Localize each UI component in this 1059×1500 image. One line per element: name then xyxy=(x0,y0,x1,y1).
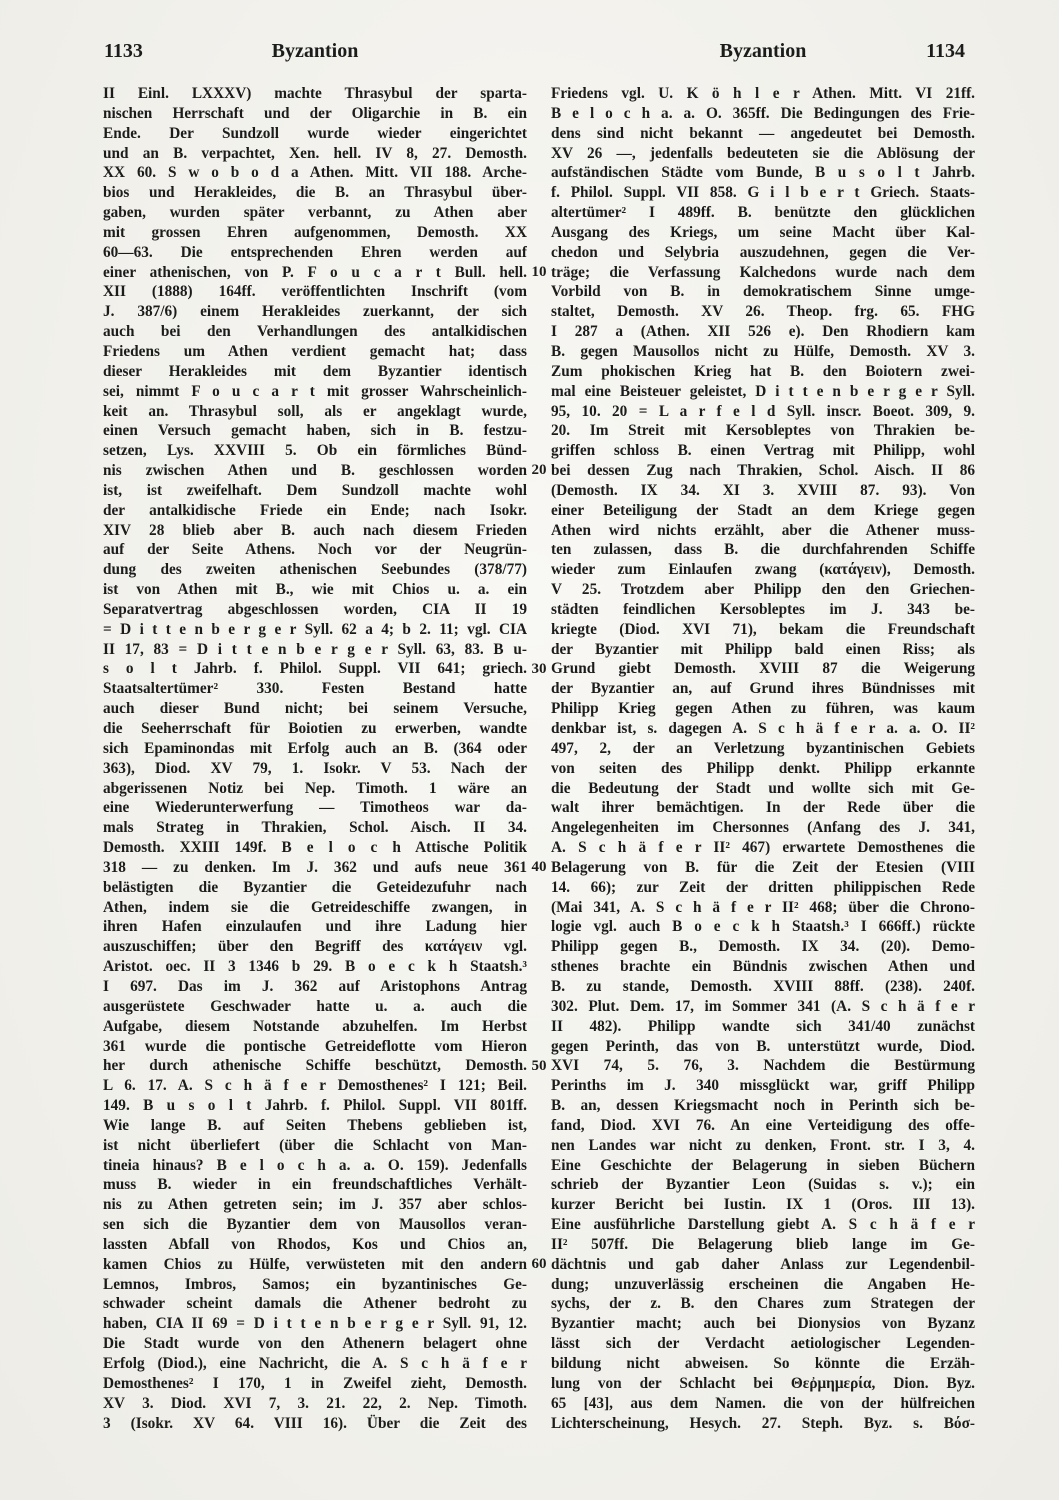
text-line: wieder zum Einlaufen zwang (κατάγειν), D… xyxy=(551,560,975,580)
text-line: mals Strateg in Thrakien, Schol. Aisch. … xyxy=(103,818,527,838)
text-line: fand, Diod. XVI 76. An eine Verteidigung… xyxy=(551,1116,975,1136)
text-line: Angelegenheiten im Chersonnes (Anfang de… xyxy=(551,818,975,838)
text-line: muss B. wieder in ein freundschaftliches… xyxy=(103,1175,527,1195)
text-line: Demosth. XXIII 149f. B e l o c h Attisch… xyxy=(103,838,527,858)
text-line: nen Landes war nicht zu denken, Front. s… xyxy=(551,1136,975,1156)
text-line: kriegte (Diod. XVI 71), bekam die Freund… xyxy=(551,620,975,640)
left-column-title: Byzantion xyxy=(103,40,527,63)
text-line: Perinths im J. 340 missglückt war, griff… xyxy=(551,1076,975,1096)
text-line: und an B. verpachtet, Xen. hell. IV 8, 2… xyxy=(103,144,527,164)
text-line: II 482). Philipp wandte sich 341/40 zunä… xyxy=(551,1017,975,1037)
text-line: (Demosth. IX 34. XI 3. XVIII 87. 93). Vo… xyxy=(551,481,975,501)
text-line: f. Philol. Suppl. VII 858. G i l b e r t… xyxy=(551,183,975,203)
text-line: walt ihrer bemächtigen. In der Rede über… xyxy=(551,798,975,818)
text-line: auszuschiffen; über den Begriff des κατά… xyxy=(103,937,527,957)
text-line: XII (1888) 164ff. veröffentlichten Insch… xyxy=(103,282,527,302)
text-line: lassten Abfall von Rhodos, Kos und Chios… xyxy=(103,1235,527,1255)
text-line: B. an, dessen Kriegsmacht noch in Perint… xyxy=(551,1096,975,1116)
text-line: Grund giebt Demosth. XVIII 87 die Weiger… xyxy=(551,659,975,679)
text-line: Lichterscheinung, Hesych. 27. Steph. Byz… xyxy=(551,1414,975,1434)
text-line: 149. B u s o l t Jahrb. f. Philol. Suppl… xyxy=(103,1096,527,1116)
text-line: ausgerüstete Geschwader hatte u. a. auch… xyxy=(103,997,527,1017)
text-line: XV 26 —, jedenfalls bedeuteten sie die A… xyxy=(551,144,975,164)
text-line: kamen Chios zu Hülfe, verwüsteten mit de… xyxy=(103,1255,527,1275)
text-line: B e l o c h a. a. O. 365ff. Die Bedingun… xyxy=(551,104,975,124)
text-line: träge; die Verfassung Kalchedons wurde n… xyxy=(551,263,975,283)
text-line: sen sich die Byzantier dem von Mausollos… xyxy=(103,1215,527,1235)
text-line: XX 60. S w o b o d a Athen. Mitt. VII 18… xyxy=(103,163,527,183)
text-line: Vorbild von B. in demokratischem Sinne u… xyxy=(551,282,975,302)
text-line: nis zu Athen getreten sein; im J. 357 ab… xyxy=(103,1195,527,1215)
text-line: tineia hinaus? B e l o c h a. a. O. 159)… xyxy=(103,1156,527,1176)
text-line: II Einl. LXXXV) machte Thrasybul der spa… xyxy=(103,84,527,104)
text-line: griffen schloss B. einen Vertrag mit Phi… xyxy=(551,441,975,461)
text-line: städten feindlichen Kersobleptes im J. 3… xyxy=(551,600,975,620)
text-line: sychs, der z. B. den Chares zum Stratege… xyxy=(551,1294,975,1314)
text-line: 302. Plut. Dem. 17, im Sommer 341 (A. S … xyxy=(551,997,975,1017)
text-line: auch bei den Verhandlungen des antalkidi… xyxy=(103,322,527,342)
text-line: Wie lange B. auf Seiten Thebens gebliebe… xyxy=(103,1116,527,1136)
text-line: abgerissenen Notiz bei Nep. Timoth. 1 wä… xyxy=(103,779,527,799)
text-line: Die Stadt wurde von den Athenern belager… xyxy=(103,1334,527,1354)
text-line: dens sind nicht bekannt — angedeutet bei… xyxy=(551,124,975,144)
gutter-line-number: 40 xyxy=(527,858,551,878)
text-line: Zum phokischen Krieg hat B. den Boiotern… xyxy=(551,362,975,382)
text-line: 95, 10. 20 = L a r f e l d Syll. inscr. … xyxy=(551,402,975,422)
text-line: chedon und Selybria auszudehnen, gegen d… xyxy=(551,243,975,263)
text-line: bildung nicht abweisen. So könnte die Er… xyxy=(551,1354,975,1374)
text-line: XV 3. Diod. XVI 7, 3. 21. 22, 2. Nep. Ti… xyxy=(103,1394,527,1414)
text-line: auf der Seite Athens. Noch vor der Neugr… xyxy=(103,540,527,560)
gutter-line-numbers: 102030405060 xyxy=(527,84,551,1444)
text-line: Erfolg (Diod.), eine Nachricht, die A. S… xyxy=(103,1354,527,1374)
text-line: 497, 2, der an Verletzung byzantinischen… xyxy=(551,739,975,759)
text-line: Staatsaltertümer² 330. Festen Bestand ha… xyxy=(103,679,527,699)
text-line: gaben, wurden später verbannt, zu Athen … xyxy=(103,203,527,223)
text-line: schwader scheint damals die Athener bedr… xyxy=(103,1294,527,1314)
text-line: belästigten die Byzantier die Geteidezuf… xyxy=(103,878,527,898)
text-line: 361 wurde die pontische Getreideflotte v… xyxy=(103,1037,527,1057)
text-line: dung; unzuverlässig erscheinen die Angab… xyxy=(551,1275,975,1295)
text-line: ten zulassen, dass B. die durchfahrenden… xyxy=(551,540,975,560)
text-line: II 17, 83 = D i t t e n b e r g e r Syll… xyxy=(103,640,527,660)
text-line: 65 [43], aus dem Namen. die von der hülf… xyxy=(551,1394,975,1414)
text-line: 60—63. Die entsprechenden Ehren werden a… xyxy=(103,243,527,263)
text-line: lung von der Schlacht bei Θεῤμημερία, Di… xyxy=(551,1374,975,1394)
text-line: B. gegen Mausollos nicht zu Hülfe, Demos… xyxy=(551,342,975,362)
text-line: denkbar ist, s. dagegen A. S c h ä f e r… xyxy=(551,719,975,739)
text-line: der antalkidische Friede ein Ende; nach … xyxy=(103,501,527,521)
text-line: 20. Im Streit mit Kersobleptes von Thrak… xyxy=(551,421,975,441)
text-line: Separatvertrag abgeschlossen worden, CIA… xyxy=(103,600,527,620)
text-line: A. S c h ä f e r II² 467) erwartete Demo… xyxy=(551,838,975,858)
right-column: Friedens vgl. U. K ö h l e r Athen. Mitt… xyxy=(551,84,975,1444)
text-line: Lemnos, Imbros, Samos; ein byzantinische… xyxy=(103,1275,527,1295)
text-line: 363), Diod. XV 79, 1. Isokr. V 53. Nach … xyxy=(103,759,527,779)
text-line: 3 (Isokr. XV 64. VIII 16). Über die Zeit… xyxy=(103,1414,527,1434)
text-line: lässt sich der Verdacht aetiologischer L… xyxy=(551,1334,975,1354)
text-line: gegen Perinth, das von B. unterstützt wu… xyxy=(551,1037,975,1057)
text-line: sei, nimmt F o u c a r t mit grosser Wah… xyxy=(103,382,527,402)
text-line: (Mai 341, A. S c h ä f e r II² 468; über… xyxy=(551,898,975,918)
text-line: V 25. Trotzdem aber Philipp den den Grie… xyxy=(551,580,975,600)
text-line: altertümer² I 489ff. B. benützte den glü… xyxy=(551,203,975,223)
text-line: die Bedeutung der Stadt und wollte sich … xyxy=(551,779,975,799)
text-line: Philipp gegen B., Demosth. IX 34. (20). … xyxy=(551,937,975,957)
text-line: sich Epaminondas mit Erfolg auch an B. (… xyxy=(103,739,527,759)
text-line: logie vgl. auch B o e c k h Staatsh.³ I … xyxy=(551,917,975,937)
gutter-line-number: 30 xyxy=(527,660,551,680)
text-line: schrieb der Byzantier Leon (Suidas s. v.… xyxy=(551,1175,975,1195)
text-line: dung des zweiten athenischen Seebundes (… xyxy=(103,560,527,580)
text-line: s o l t Jahrb. f. Philol. Suppl. VII 641… xyxy=(103,659,527,679)
text-line: nischen Herrschaft und der Oligarchie in… xyxy=(103,104,527,124)
text-line: der Byzantier an, auf Grund ihres Bündni… xyxy=(551,679,975,699)
text-line: einer athenischen, von P. F o u c a r t … xyxy=(103,263,527,283)
text-line: staltet, Demosth. XV 26. Theop. frg. 65.… xyxy=(551,302,975,322)
text-line: einen Versuch gemacht haben, sich in B. … xyxy=(103,421,527,441)
text-line: ist nicht überliefert (über die Schlacht… xyxy=(103,1136,527,1156)
text-line: auch dieser Bund nicht; bei seinem Versu… xyxy=(103,699,527,719)
text-line: Byzantier macht; auch bei Dionysios von … xyxy=(551,1314,975,1334)
text-line: XIV 28 blieb aber B. auch nach diesem Fr… xyxy=(103,521,527,541)
text-line: I 697. Das im J. 362 auf Aristophons Ant… xyxy=(103,977,527,997)
text-line: B. zu stande, Demosth. XVIII 88ff. (238)… xyxy=(551,977,975,997)
right-column-number: 1134 xyxy=(551,40,975,63)
text-line: bios und Herakleides, die B. an Thrasybu… xyxy=(103,183,527,203)
gutter-line-number: 60 xyxy=(527,1255,551,1275)
text-line: J. 387/6) einem Herakleides zuerkannt, d… xyxy=(103,302,527,322)
gutter-line-number: 20 xyxy=(527,461,551,481)
text-line: Eine ausführliche Darstellung giebt A. S… xyxy=(551,1215,975,1235)
text-line: Belagerung von B. für die Zeit der Etesi… xyxy=(551,858,975,878)
text-line: setzen, Lys. XXVIII 5. Ob ein förmliches… xyxy=(103,441,527,461)
text-columns: II Einl. LXXXV) machte Thrasybul der spa… xyxy=(103,84,975,1444)
text-line: dächtnis und gab daher Anlass zur Legend… xyxy=(551,1255,975,1275)
text-line: Ausgang des Kriegs, um seine Macht über … xyxy=(551,223,975,243)
text-line: XVI 74, 5. 76, 3. Nachdem die Bestürmung xyxy=(551,1056,975,1076)
text-line: II² 507ff. Die Belagerung blieb lange im… xyxy=(551,1235,975,1255)
text-line: Aristot. oec. II 3 1346 b 29. B o e c k … xyxy=(103,957,527,977)
text-line: ist von Athen mit B., wie mit Chios u. a… xyxy=(103,580,527,600)
text-line: L 6. 17. A. S c h ä f e r Demosthenes² I… xyxy=(103,1076,527,1096)
text-line: nis zwischen Athen und B. geschlossen wo… xyxy=(103,461,527,481)
text-line: I 287 a (Athen. XII 526 e). Den Rhodiern… xyxy=(551,322,975,342)
text-line: die Seeherrschaft für Boiotien zu erwerb… xyxy=(103,719,527,739)
gutter-line-number: 50 xyxy=(527,1057,551,1077)
text-line: Demosthenes² I 170, 1 in Zweifel zieht, … xyxy=(103,1374,527,1394)
text-line: 14. 66); zur Zeit der dritten philippisc… xyxy=(551,878,975,898)
text-line: keit an. Thrasybul soll, als er angeklag… xyxy=(103,402,527,422)
text-line: ist, ist zweifelhaft. Dem Sundzoll macht… xyxy=(103,481,527,501)
page-header: 1133 Byzantion Byzantion 1134 xyxy=(0,40,1059,68)
text-line: Friedens um Athen verdient gemacht hat; … xyxy=(103,342,527,362)
text-line: her durch athenische Schiffe beschützt, … xyxy=(103,1056,527,1076)
text-line: Athen wird nichts erzählt, aber die Athe… xyxy=(551,521,975,541)
text-line: dieser Herakleides mit dem Byzantier ide… xyxy=(103,362,527,382)
text-line: der Byzantier mit Philipp bald einen Ris… xyxy=(551,640,975,660)
text-line: ihren Hafen einzulaufen und ihre Ladung … xyxy=(103,917,527,937)
text-line: sthenes brachte ein Bündnis zwischen Ath… xyxy=(551,957,975,977)
text-line: kurzer Bericht bei Iustin. IX 1 (Oros. I… xyxy=(551,1195,975,1215)
text-line: Philipp Krieg gegen Athen zu führen, was… xyxy=(551,699,975,719)
text-line: 318 — zu denken. Im J. 362 und aufs neue… xyxy=(103,858,527,878)
left-column: II Einl. LXXXV) machte Thrasybul der spa… xyxy=(103,84,527,1444)
text-line: mal eine Beisteuer geleistet, D i t t e … xyxy=(551,382,975,402)
text-line: mit grossen Ehren aufgenommen, Demosth. … xyxy=(103,223,527,243)
text-line: aufständischen Städte vom Bunde, B u s o… xyxy=(551,163,975,183)
text-line: haben, CIA II 69 = D i t t e n b e r g e… xyxy=(103,1314,527,1334)
text-line: Aufgabe, diesem Notstande abzuhelfen. Im… xyxy=(103,1017,527,1037)
text-line: Athen, indem sie die Getreideschiffe zwa… xyxy=(103,898,527,918)
text-line: einer Beteiligung der Stadt an dem Krieg… xyxy=(551,501,975,521)
text-line: Ende. Der Sundzoll wurde wieder eingeric… xyxy=(103,124,527,144)
text-line: eine Wiederunterwerfung — Timotheos war … xyxy=(103,798,527,818)
text-line: bei dessen Zug nach Thrakien, Schol. Ais… xyxy=(551,461,975,481)
gutter-line-number: 10 xyxy=(527,263,551,283)
text-line: von seiten des Philipp denkt. Philipp er… xyxy=(551,759,975,779)
text-line: = D i t t e n b e r g e r Syll. 62 a 4; … xyxy=(103,620,527,640)
text-line: Eine Geschichte der Belagerung in sieben… xyxy=(551,1156,975,1176)
text-line: Friedens vgl. U. K ö h l e r Athen. Mitt… xyxy=(551,84,975,104)
